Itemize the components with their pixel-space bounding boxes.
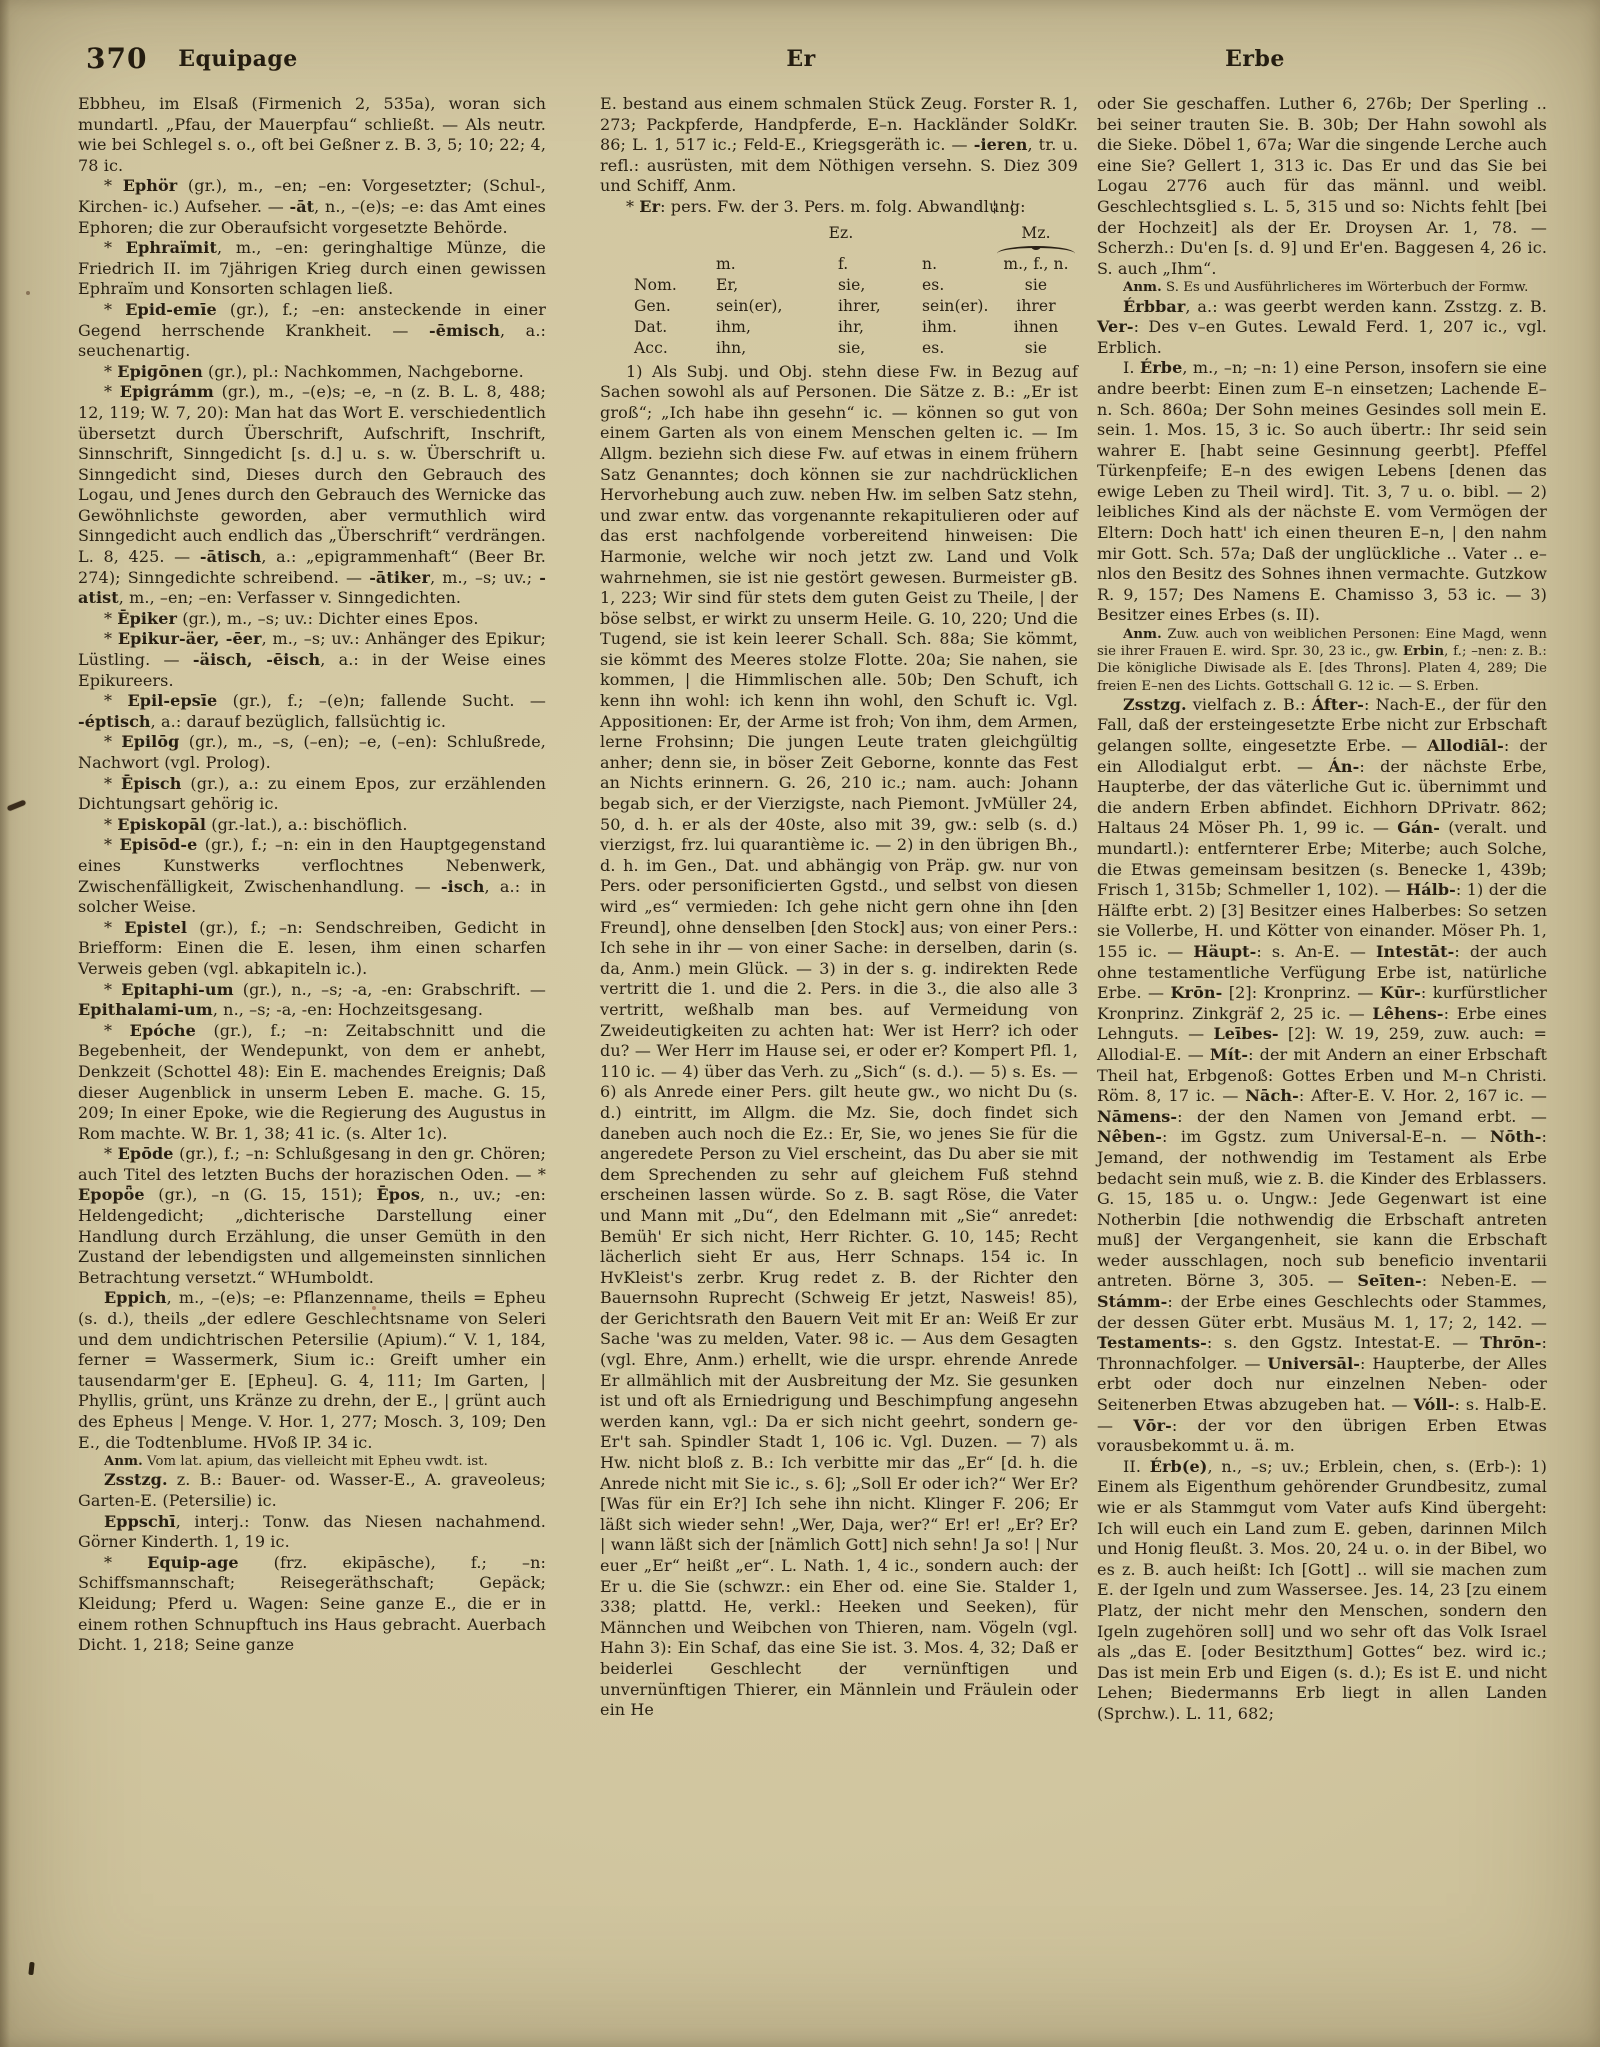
column-2: ¦ ¦ E. bestand aus einem schmalen Stück …: [600, 94, 1078, 1721]
cell: ihrer: [994, 296, 1078, 317]
headword: Epistel: [124, 918, 187, 937]
text-run: *: [104, 382, 120, 401]
paragraph: * Episkopāl (gr.-lat.), a.: bischöflich.: [78, 815, 546, 836]
headword: Epikur-äer, -ēer: [118, 629, 262, 648]
text-run: *: [104, 176, 123, 195]
headword: Eppschī: [104, 1512, 176, 1531]
cell: sein(er),: [688, 296, 810, 317]
text-run: (gr.), n., –s; -a, -en: Grabschrift. —: [234, 980, 546, 999]
headword: Érbe: [1140, 358, 1182, 377]
plural-header: Mz.: [994, 223, 1078, 254]
singular-header: Ez.: [688, 223, 994, 254]
text-run: *: [104, 300, 125, 319]
headword: Equip-age: [147, 1553, 239, 1572]
headword: Mít-: [1210, 1045, 1248, 1064]
paragraph: * Epil-epsīe (gr.), f.; –(e)n; fallende …: [78, 691, 546, 732]
headword: Ēpos: [376, 1185, 419, 1204]
text-run: : Jemand, der nothwendig im Testament al…: [1097, 1127, 1547, 1290]
cell: sie,: [810, 275, 894, 296]
headword: Testaments-: [1097, 1333, 1207, 1352]
paragraph: Anm. Vom lat. apium, das vielleicht mit …: [78, 1453, 546, 1470]
paragraph: * Epilōg (gr.), m., –s, (–en); –e, (–en)…: [78, 732, 546, 773]
paragraph: * Epóche (gr.), f.; –n: Zeitabschnitt un…: [78, 1021, 546, 1145]
headword: -āt: [289, 197, 314, 216]
text-run: : pers. Fw. der 3. Pers. m. folg. Abwand…: [660, 197, 1026, 216]
table-row: Acc. ihn, sie, es. sie: [600, 338, 1078, 359]
paragraph: * Epid-emīe (gr.), f.; –en: ansteckende …: [78, 300, 546, 362]
text-run: (gr.), pl.: Nachkommen, Nachgeborne.: [203, 362, 524, 381]
headword: Lêhens-: [1372, 1004, 1443, 1023]
scan-edge-shadow: [0, 0, 10, 2047]
text-run: Ebbheu, im Elsaß (Firmenich 2, 535a), wo…: [78, 94, 546, 175]
text-run: (gr.), m., –(e)s; –e, –n (z. B. L. 8, 48…: [78, 382, 546, 566]
case-label: Nom.: [600, 275, 688, 296]
cell: ihn,: [688, 338, 810, 359]
headword: Ēpisch: [121, 774, 181, 793]
text-run: oder Sie geschaffen. Luther 6, 276b; Der…: [1097, 94, 1547, 278]
gender-n: n.: [894, 254, 994, 275]
headword: Ephraïmit: [126, 238, 217, 257]
headword: Érb(e): [1150, 1457, 1208, 1476]
cell: ihrer,: [810, 296, 894, 317]
cell: ihr,: [810, 317, 894, 338]
headword: Stámm-: [1097, 1292, 1167, 1311]
paragraph: * Epōde (gr.), f.; –n: Schlußgesang in d…: [78, 1144, 546, 1288]
headword: Zsstzg.: [1123, 695, 1187, 714]
column-2-bottom: 1) Als Subj. und Obj. stehn diese Fw. in…: [600, 362, 1078, 1721]
headword: Ver-: [1097, 317, 1134, 336]
text-run: : s. An-E. —: [1256, 942, 1376, 961]
headword: Epid-emīe: [125, 300, 217, 319]
headword: Intestāt-: [1376, 942, 1454, 961]
headword: Seīten-: [1357, 1271, 1421, 1290]
headword: Zsstzg.: [104, 1470, 168, 1489]
paper-speck: [26, 291, 30, 295]
paragraph: Ebbheu, im Elsaß (Firmenich 2, 535a), wo…: [78, 94, 546, 176]
text-run: *: [104, 732, 121, 751]
headword: -isch: [441, 877, 485, 896]
text-run: *: [104, 1021, 130, 1040]
headword: Allodiāl-: [1427, 736, 1504, 755]
paragraph: Érbbar, a.: was geerbt werden kann. Zsst…: [1097, 297, 1547, 359]
cell: Er,: [688, 275, 810, 296]
text-run: I.: [1123, 358, 1140, 377]
table-row: Nom. Er, sie, es. sie: [600, 275, 1078, 296]
plural-header-label: Mz.: [1021, 224, 1050, 242]
cell: es.: [894, 338, 994, 359]
paragraph: Anm. Zuw. auch von weiblichen Personen: …: [1097, 626, 1547, 695]
headword: Nāmens-: [1097, 1107, 1177, 1126]
table-spacer: [600, 254, 688, 275]
running-title-left: Equipage: [158, 46, 318, 72]
table-header-row: Ez. Mz.: [600, 223, 1078, 254]
text-run: *: [104, 629, 118, 648]
table-gender-row: m. f. n. m., f., n.: [600, 254, 1078, 275]
text-run: : Des v–en Gutes. Lewald Ferd. 1, 207 ic…: [1097, 317, 1547, 357]
text-run: *: [104, 1553, 147, 1572]
text-run: , a.: was geerbt werden kann. Zsstzg. z.…: [1185, 297, 1547, 316]
text-run: , n., –s; -a, -en: Hochzeitsgesang.: [213, 1000, 483, 1019]
text-run: , a.: darauf bezüglich, fallsüchtig ic.: [151, 712, 446, 731]
cell: ihnen: [994, 317, 1078, 338]
headword: Érbbar: [1123, 297, 1185, 316]
headword: Nōth-: [1490, 1127, 1541, 1146]
text-run: , m., –en; –en: Verfasser v. Sinngedicht…: [119, 588, 461, 607]
headword: Án-: [1328, 757, 1359, 776]
text-run: *: [104, 609, 117, 628]
case-label: Gen.: [600, 296, 688, 317]
paragraph: Zsstzg. z. B.: Bauer- od. Wasser-E., A. …: [78, 1470, 546, 1511]
text-run: [2]: Kronprinz. —: [1222, 983, 1380, 1002]
headword: Epōde: [118, 1144, 174, 1163]
cell: ihm.: [894, 317, 994, 338]
headword: Episkopāl: [117, 815, 206, 834]
headword: Anm.: [104, 1454, 143, 1469]
text-run: : Neben-E. —: [1422, 1271, 1547, 1290]
headword: Epigōnen: [117, 362, 203, 381]
text-run: *: [104, 774, 121, 793]
gender-mz: m., f., n.: [994, 254, 1078, 275]
headword: -äisch, -ēisch: [193, 650, 320, 669]
paragraph: Zsstzg. vielfach z. B.: Áfter-: Nach-E.,…: [1097, 695, 1547, 1457]
text-run: 1) Als Subj. und Obj. stehn diese Fw. in…: [600, 362, 1078, 1720]
cell: es.: [894, 275, 994, 296]
headword: Er: [639, 197, 660, 216]
paragraph: * Epistel (gr.), f.; –n: Sendschreiben, …: [78, 918, 546, 980]
headword: Kūr-: [1380, 983, 1421, 1002]
paragraph: Anm. S. Es und Ausführlicheres im Wörter…: [1097, 279, 1547, 296]
headword: Epithalami-um: [78, 1000, 213, 1019]
paragraph: * Ephraïmit, m., –en: geringhaltige Münz…: [78, 238, 546, 300]
text-run: (gr.-lat.), a.: bischöflich.: [206, 815, 408, 834]
text-run: vielfach z. B.:: [1187, 695, 1312, 714]
paragraph: 1) Als Subj. und Obj. stehn diese Fw. in…: [600, 362, 1078, 1721]
text-run: II.: [1123, 1457, 1150, 1476]
case-label: Acc.: [600, 338, 688, 359]
text-run: Vom lat. apium, das vielleicht mit Epheu…: [143, 1454, 488, 1469]
headword: Anm.: [1123, 627, 1162, 642]
headword: Epitaphi-um: [121, 980, 233, 999]
headword: Epigrámm: [120, 382, 214, 401]
paragraph: Eppich, m., –(e)s; –e: Pflanzenname, the…: [78, 1288, 546, 1453]
text-run: *: [104, 691, 127, 710]
headword: Universāl-: [1267, 1354, 1360, 1373]
text-run: , m., –s; uv.;: [430, 568, 539, 587]
cell: sie: [994, 275, 1078, 296]
text-run: : s. den Ggstz. Intestat-E. —: [1207, 1333, 1480, 1352]
text-run: *: [104, 980, 121, 999]
headword: Ephör: [123, 176, 178, 195]
headword: Ēpiker: [117, 609, 177, 628]
paragraph: oder Sie geschaffen. Luther 6, 276b; Der…: [1097, 94, 1547, 279]
column-1: Ebbheu, im Elsaß (Firmenich 2, 535a), wo…: [78, 94, 546, 1656]
paragraph: * Ephör (gr.), m., –en; –en: Vorgesetzte…: [78, 176, 546, 238]
paragraph: * Epikur-äer, -ēer, m., –s; uv.: Anhänge…: [78, 629, 546, 691]
headword: Thrōn-: [1480, 1333, 1542, 1352]
headword: -ātisch: [200, 547, 262, 566]
headword: Hálb-: [1406, 880, 1456, 899]
text-run: *: [104, 815, 117, 834]
text-run: : der den Namen von Jemand erbt. —: [1177, 1107, 1547, 1126]
scan-artifact-marks: ¦ ¦: [992, 196, 1019, 217]
ink-blot-mark: [28, 1962, 34, 1975]
headword: Epil-epsīe: [127, 691, 217, 710]
table-spacer: [600, 223, 688, 254]
paragraph: I. Érbe, m., –n; –n: 1) eine Person, ins…: [1097, 358, 1547, 626]
text-run: *: [626, 197, 639, 216]
cell: sie: [994, 338, 1078, 359]
headword: Anm.: [1123, 280, 1162, 295]
headword: -ēmisch: [429, 321, 500, 340]
text-run: (gr.), –n (G. 15, 151);: [145, 1185, 377, 1204]
gender-m: m.: [688, 254, 810, 275]
headword: Gán-: [1397, 818, 1440, 837]
brace-icon: [997, 246, 1075, 254]
headword: Epopȫe: [78, 1185, 145, 1204]
text-run: *: [104, 362, 117, 381]
headword: Nāch-: [1245, 1086, 1299, 1105]
headword: Vōr-: [1133, 1416, 1172, 1435]
cell: sein(er).: [894, 296, 994, 317]
headword: Krōn-: [1171, 983, 1223, 1002]
text-run: , m., –n; –n: 1) eine Person, insofern s…: [1097, 358, 1547, 624]
text-run: : After-E. V. Hor. 2, 167 ic. —: [1299, 1086, 1547, 1105]
headword: Erbin: [1403, 644, 1444, 659]
paragraph: * Epigrámm (gr.), m., –(e)s; –e, –n (z. …: [78, 382, 546, 609]
text-run: *: [104, 835, 119, 854]
headword: Eppich: [104, 1288, 167, 1307]
paragraph: II. Érb(e), n., –s; uv.; Erblein, chen, …: [1097, 1457, 1547, 1725]
paragraph: * Epigōnen (gr.), pl.: Nachkommen, Nachg…: [78, 362, 546, 383]
text-run: *: [104, 1144, 118, 1163]
paragraph: * Equip-age (frz. ekipāsche), f.; –n: Sc…: [78, 1553, 546, 1656]
text-run: : im Ggstz. zum Universal-E–n. —: [1162, 1127, 1490, 1146]
paragraph: E. bestand aus einem schmalen Stück Zeug…: [600, 94, 1078, 197]
headword: Häupt-: [1193, 942, 1256, 961]
text-run: *: [104, 918, 124, 937]
text-run: (gr.), f.; –(e)n; fallende Sucht. —: [217, 691, 546, 710]
paper-speck: [372, 1306, 376, 1310]
paragraph: * Ēpiker (gr.), m., –s; uv.: Dichter ein…: [78, 609, 546, 630]
table-row: Gen. sein(er), ihrer, sein(er). ihrer: [600, 296, 1078, 317]
column-3: oder Sie geschaffen. Luther 6, 276b; Der…: [1097, 94, 1547, 1725]
page-number: 370: [86, 42, 147, 75]
dictionary-page: 370 Equipage Er Erbe Ebbheu, im Elsaß (F…: [0, 0, 1600, 2047]
headword: -éptisch: [78, 712, 151, 731]
headword: Vóll-: [1414, 1395, 1455, 1414]
text-run: S. Es und Ausführlicheres im Wörterbuch …: [1162, 280, 1529, 295]
headword: Episōd-e: [119, 835, 197, 854]
table-row: Dat. ihm, ihr, ihm. ihnen: [600, 317, 1078, 338]
headword: Leībes-: [1213, 1024, 1278, 1043]
headword: Epilōg: [121, 732, 179, 751]
headword: -ātiker: [369, 568, 430, 587]
headword: Nêben-: [1097, 1127, 1162, 1146]
headword: Epóche: [130, 1021, 196, 1040]
headword: -ieren: [974, 135, 1028, 154]
headword: Áfter-: [1312, 695, 1364, 714]
paragraph: Eppschī, interj.: Tonw. das Niesen nacha…: [78, 1512, 546, 1553]
text-run: , m., –(e)s; –e: Pflanzenname, theils = …: [78, 1288, 546, 1451]
paragraph: * Episōd-e (gr.), f.; –n: ein in den Hau…: [78, 835, 546, 917]
running-title-right: Erbe: [1200, 46, 1310, 72]
cell: sie,: [810, 338, 894, 359]
paragraph: * Epitaphi-um (gr.), n., –s; -a, -en: Gr…: [78, 980, 546, 1021]
text-run: *: [104, 238, 126, 257]
running-title-center: Er: [756, 46, 846, 72]
cell: ihm,: [688, 317, 810, 338]
paragraph: * Ēpisch (gr.), a.: zu einem Epos, zur e…: [78, 774, 546, 815]
text-run: , n., –s; uv.; Erblein, chen, s. (Erb-):…: [1097, 1457, 1547, 1723]
text-run: (gr.), m., –s; uv.: Dichter eines Epos.: [177, 609, 478, 628]
gender-f: f.: [810, 254, 894, 275]
case-label: Dat.: [600, 317, 688, 338]
declension-table: Ez. Mz. m. f. n. m., f., n. Nom. Er, sie…: [600, 223, 1078, 359]
